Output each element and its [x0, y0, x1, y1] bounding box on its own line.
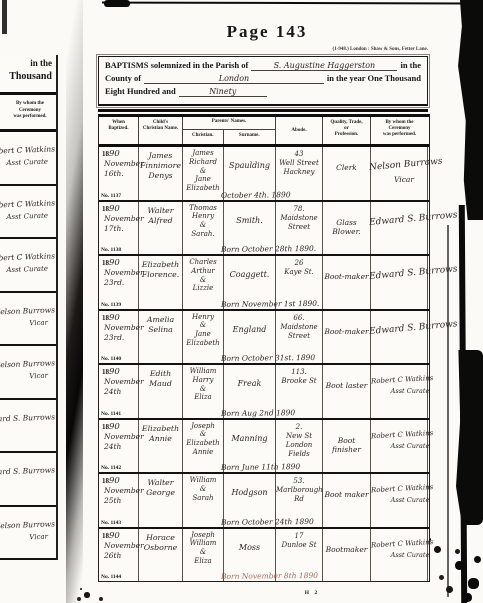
birth-date-note: Born October 24th 1890	[221, 516, 391, 527]
facing-page-signature-cell: Nelson Burrows Vicar	[0, 346, 56, 400]
column-header-surname: Surname.	[224, 130, 275, 144]
birth-date-note: Born Aug 2nd 1890	[221, 407, 391, 418]
column-header-when-baptized: When Baptized.	[99, 117, 139, 144]
baptism-table: When Baptized. Child's Christian Name. P…	[98, 114, 430, 582]
birth-date-note: Born October 31st. 1890	[221, 352, 391, 363]
baptism-row: 1890 November 23rd. No. 1139 Elizabeth F…	[99, 256, 429, 311]
header-text: in the year One Thousand	[327, 73, 421, 83]
when-baptized-cell: 1890 November 23rd. No. 1139	[99, 256, 139, 309]
page-gutter-shadow	[66, 0, 83, 603]
header-text: Eight Hundred and	[105, 86, 176, 96]
facing-page-signature-cell: Edward S. Burrows	[0, 453, 56, 507]
form-header: BAPTISMS solemnized in the Parish of S. …	[98, 56, 428, 106]
facing-page-signature-cell: Nelson Burrows Vicar	[0, 293, 56, 347]
parish-name-handwritten: S. Augustine Haggerston	[251, 61, 397, 71]
minister-signature: Robert C Watkins	[371, 373, 461, 386]
birth-date-note: Born November 1st 1890.	[221, 298, 391, 309]
baptism-row: 1890 November 26th No. 1144 Horace Osbor…	[99, 529, 429, 582]
parents-christian-cell: William Harry & Eliza	[183, 365, 224, 418]
entry-number: No. 1139	[101, 302, 121, 308]
baptism-date: November 26th	[102, 541, 138, 561]
column-header-parents-label: Parents' Names.	[183, 117, 275, 130]
printer-note: (1-948.) London : Shaw & Sons, Fetter La…	[232, 47, 428, 52]
child-name-cell: Walter Alfred	[139, 202, 183, 255]
minister-title: Asst Curate	[0, 158, 48, 169]
column-header-child-name: Child's Christian Name.	[139, 117, 183, 144]
year-handwritten: 90	[109, 149, 120, 159]
minister-title: Asst Curate	[385, 387, 435, 395]
year-handwritten: Ninety	[179, 87, 267, 97]
minister-title: Asst Curate	[385, 551, 435, 559]
minister-title: Asst Curate	[385, 496, 435, 504]
fragment-text: Thousand	[0, 71, 52, 82]
when-baptized-cell: 1890 November 23rd. No. 1140	[99, 311, 139, 364]
when-baptized-cell: 1890 November 25th No. 1143	[99, 474, 139, 527]
facing-page-signature-cell: Robert C Watkins Asst Curate	[0, 239, 56, 293]
minister-title: Asst Curate	[0, 265, 48, 276]
child-name-cell: James Finnimore Denys	[139, 147, 183, 200]
year-printed: 18	[102, 368, 109, 376]
year-handwritten: 90	[109, 258, 120, 268]
parents-christian-cell: Thomas Henry & Sarah.	[183, 202, 224, 255]
parents-christian-cell: Joseph William & Eliza	[183, 529, 224, 582]
birth-date-note: October 4th. 1890	[221, 189, 391, 200]
minister-signature: Robert C Watkins	[371, 536, 461, 549]
entry-number: No. 1138	[101, 247, 121, 253]
minister-signature: Nelson Burrows	[0, 358, 55, 370]
column-header-abode: Abode.	[276, 117, 323, 144]
when-baptized-cell: 1890 November 26th No. 1144	[99, 529, 139, 582]
minister-title: Vicar	[0, 372, 48, 383]
minister-title: Vicar	[379, 175, 429, 184]
minister-signature: Robert C Watkins	[0, 198, 55, 210]
year-handwritten: 90	[109, 313, 120, 323]
year-printed: 18	[102, 314, 109, 322]
year-handwritten: 90	[109, 367, 120, 377]
baptism-row: 1890 November 16th. No. 1137 James Finni…	[99, 147, 429, 202]
baptism-date: November 24th	[102, 432, 138, 452]
fragment-text: in the	[0, 58, 52, 68]
minister-signature: Nelson Burrows	[369, 155, 460, 173]
baptism-date: November 23rd.	[102, 268, 138, 288]
year-printed: 18	[102, 423, 109, 431]
baptism-date: November 17th.	[102, 214, 138, 234]
header-text: in the	[400, 60, 421, 70]
parents-christian-cell: Joseph & Elizabeth Annie	[183, 420, 224, 473]
entry-number: No. 1142	[101, 465, 121, 471]
entry-number: No. 1144	[101, 574, 121, 580]
minister-signature: Edward S. Burrows	[369, 210, 460, 228]
minister-title: Vicar	[0, 318, 48, 329]
baptism-row: 1890 November 25th No. 1143 Walter Georg…	[99, 474, 429, 529]
child-name-cell: Elizabeth Florence.	[139, 256, 183, 309]
child-name-cell: Amelia Selina	[139, 311, 183, 364]
minister-signature: Nelson Burrows	[0, 519, 55, 531]
column-header-parents-names: Parents' Names. Christian. Surname.	[183, 117, 276, 144]
minister-signature: Edward S. Burrows	[0, 465, 55, 477]
baptism-row: 1890 November 23rd. No. 1140 Amelia Seli…	[99, 311, 429, 366]
entry-number: No. 1143	[101, 520, 121, 526]
year-handwritten: 90	[109, 422, 120, 432]
minister-title: Vicar	[0, 532, 48, 543]
minister-signature: Robert C Watkins	[371, 427, 461, 440]
divider-rule	[98, 109, 428, 112]
minister-title	[0, 479, 48, 482]
facing-page-edge: in the Thousand By whom the Ceremony was…	[0, 55, 58, 560]
minister-title	[0, 425, 48, 428]
facing-page-signature-cell: Edward S. Burrows	[0, 400, 56, 454]
minister-signature: Nelson Burrows	[0, 305, 55, 317]
child-name-cell: Elizabeth Annie	[139, 420, 183, 473]
minister-signature: Robert C Watkins	[371, 482, 461, 495]
birth-date-note: Born October 28th 1890.	[221, 243, 391, 254]
column-header-christian: Christian.	[183, 130, 224, 144]
minister-signature: Edward S. Burrows	[369, 264, 460, 282]
facing-page-header-fragment: in the Thousand	[0, 55, 56, 95]
baptism-date: November 25th	[102, 486, 138, 506]
birth-date-note: Born November 8th 1890	[221, 570, 391, 581]
child-name-cell: Horace Osborne	[139, 529, 183, 582]
column-header-by-whom: By whom the Ceremony was performed.	[371, 117, 428, 144]
facing-page-column-header: By whom the Ceremony was performed.	[0, 95, 56, 132]
year-printed: 18	[102, 532, 109, 540]
year-handwritten: 90	[109, 476, 120, 486]
year-printed: 18	[102, 259, 109, 267]
facing-page-signature-cell: Nelson Burrows Vicar	[0, 507, 56, 561]
scan-edge-artifact	[2, 0, 7, 34]
register-page: Page 143 (1-948.) London : Shaw & Sons, …	[82, 0, 456, 603]
minister-title: Asst Curate	[385, 442, 435, 450]
year-printed: 18	[102, 150, 109, 158]
entry-number: No. 1137	[101, 193, 121, 199]
page-number: Page 143	[102, 22, 432, 42]
when-baptized-cell: 1890 November 24th No. 1142	[99, 420, 139, 473]
entry-number: No. 1141	[101, 411, 121, 417]
baptism-date: November 24th	[102, 377, 138, 397]
minister-title: Asst Curate	[0, 211, 48, 222]
column-header-quality: Quality, Trade, or Profession.	[323, 117, 371, 144]
minister-signature: Robert C Watkins	[0, 251, 55, 263]
header-text: County of	[105, 73, 141, 83]
child-name-cell: Edith Maud	[139, 365, 183, 418]
child-name-cell: Walter George	[139, 474, 183, 527]
parents-christian-cell: James Richard & Jane Elizabeth	[183, 147, 224, 200]
birth-date-note: Born June 11th 1890	[221, 461, 391, 472]
year-printed: 18	[102, 205, 109, 213]
when-baptized-cell: 1890 November 16th. No. 1137	[99, 147, 139, 200]
minister-signature: Edward S. Burrows	[369, 319, 460, 337]
baptism-row: 1890 November 24th No. 1141 Edith Maud W…	[99, 365, 429, 420]
when-baptized-cell: 1890 November 17th. No. 1138	[99, 202, 139, 255]
table-header-row: When Baptized. Child's Christian Name. P…	[99, 117, 429, 147]
facing-page-signature-cell: Robert C Watkins Asst Curate	[0, 186, 56, 240]
minister-signature: Robert C Watkins	[0, 144, 55, 156]
entry-number: No. 1140	[101, 356, 121, 362]
when-baptized-cell: 1890 November 24th No. 1141	[99, 365, 139, 418]
baptism-date: November 16th.	[102, 159, 138, 179]
parents-christian-cell: Charles Arthur & Lizzie	[183, 256, 224, 309]
scanned-register-page: in the Thousand By whom the Ceremony was…	[0, 0, 483, 603]
facing-page-signature-cell: Robert C Watkins Asst Curate	[0, 132, 56, 186]
county-handwritten: London	[144, 74, 324, 84]
year-handwritten: 90	[109, 204, 120, 214]
parents-christian-cell: William & Sarah	[183, 474, 224, 527]
year-handwritten: 90	[109, 531, 120, 541]
header-text: BAPTISMS solemnized in the Parish of	[105, 60, 248, 70]
baptism-row: 1890 November 17th. No. 1138 Walter Alfr…	[99, 202, 429, 257]
baptism-date: November 23rd.	[102, 323, 138, 343]
minister-signature: Edward S. Burrows	[0, 412, 55, 424]
year-printed: 18	[102, 477, 109, 485]
printers-signature-mark: H 2	[292, 590, 332, 596]
parents-christian-cell: Henry & Jane Elizabeth	[183, 311, 224, 364]
baptism-row: 1890 November 24th No. 1142 Elizabeth An…	[99, 420, 429, 475]
